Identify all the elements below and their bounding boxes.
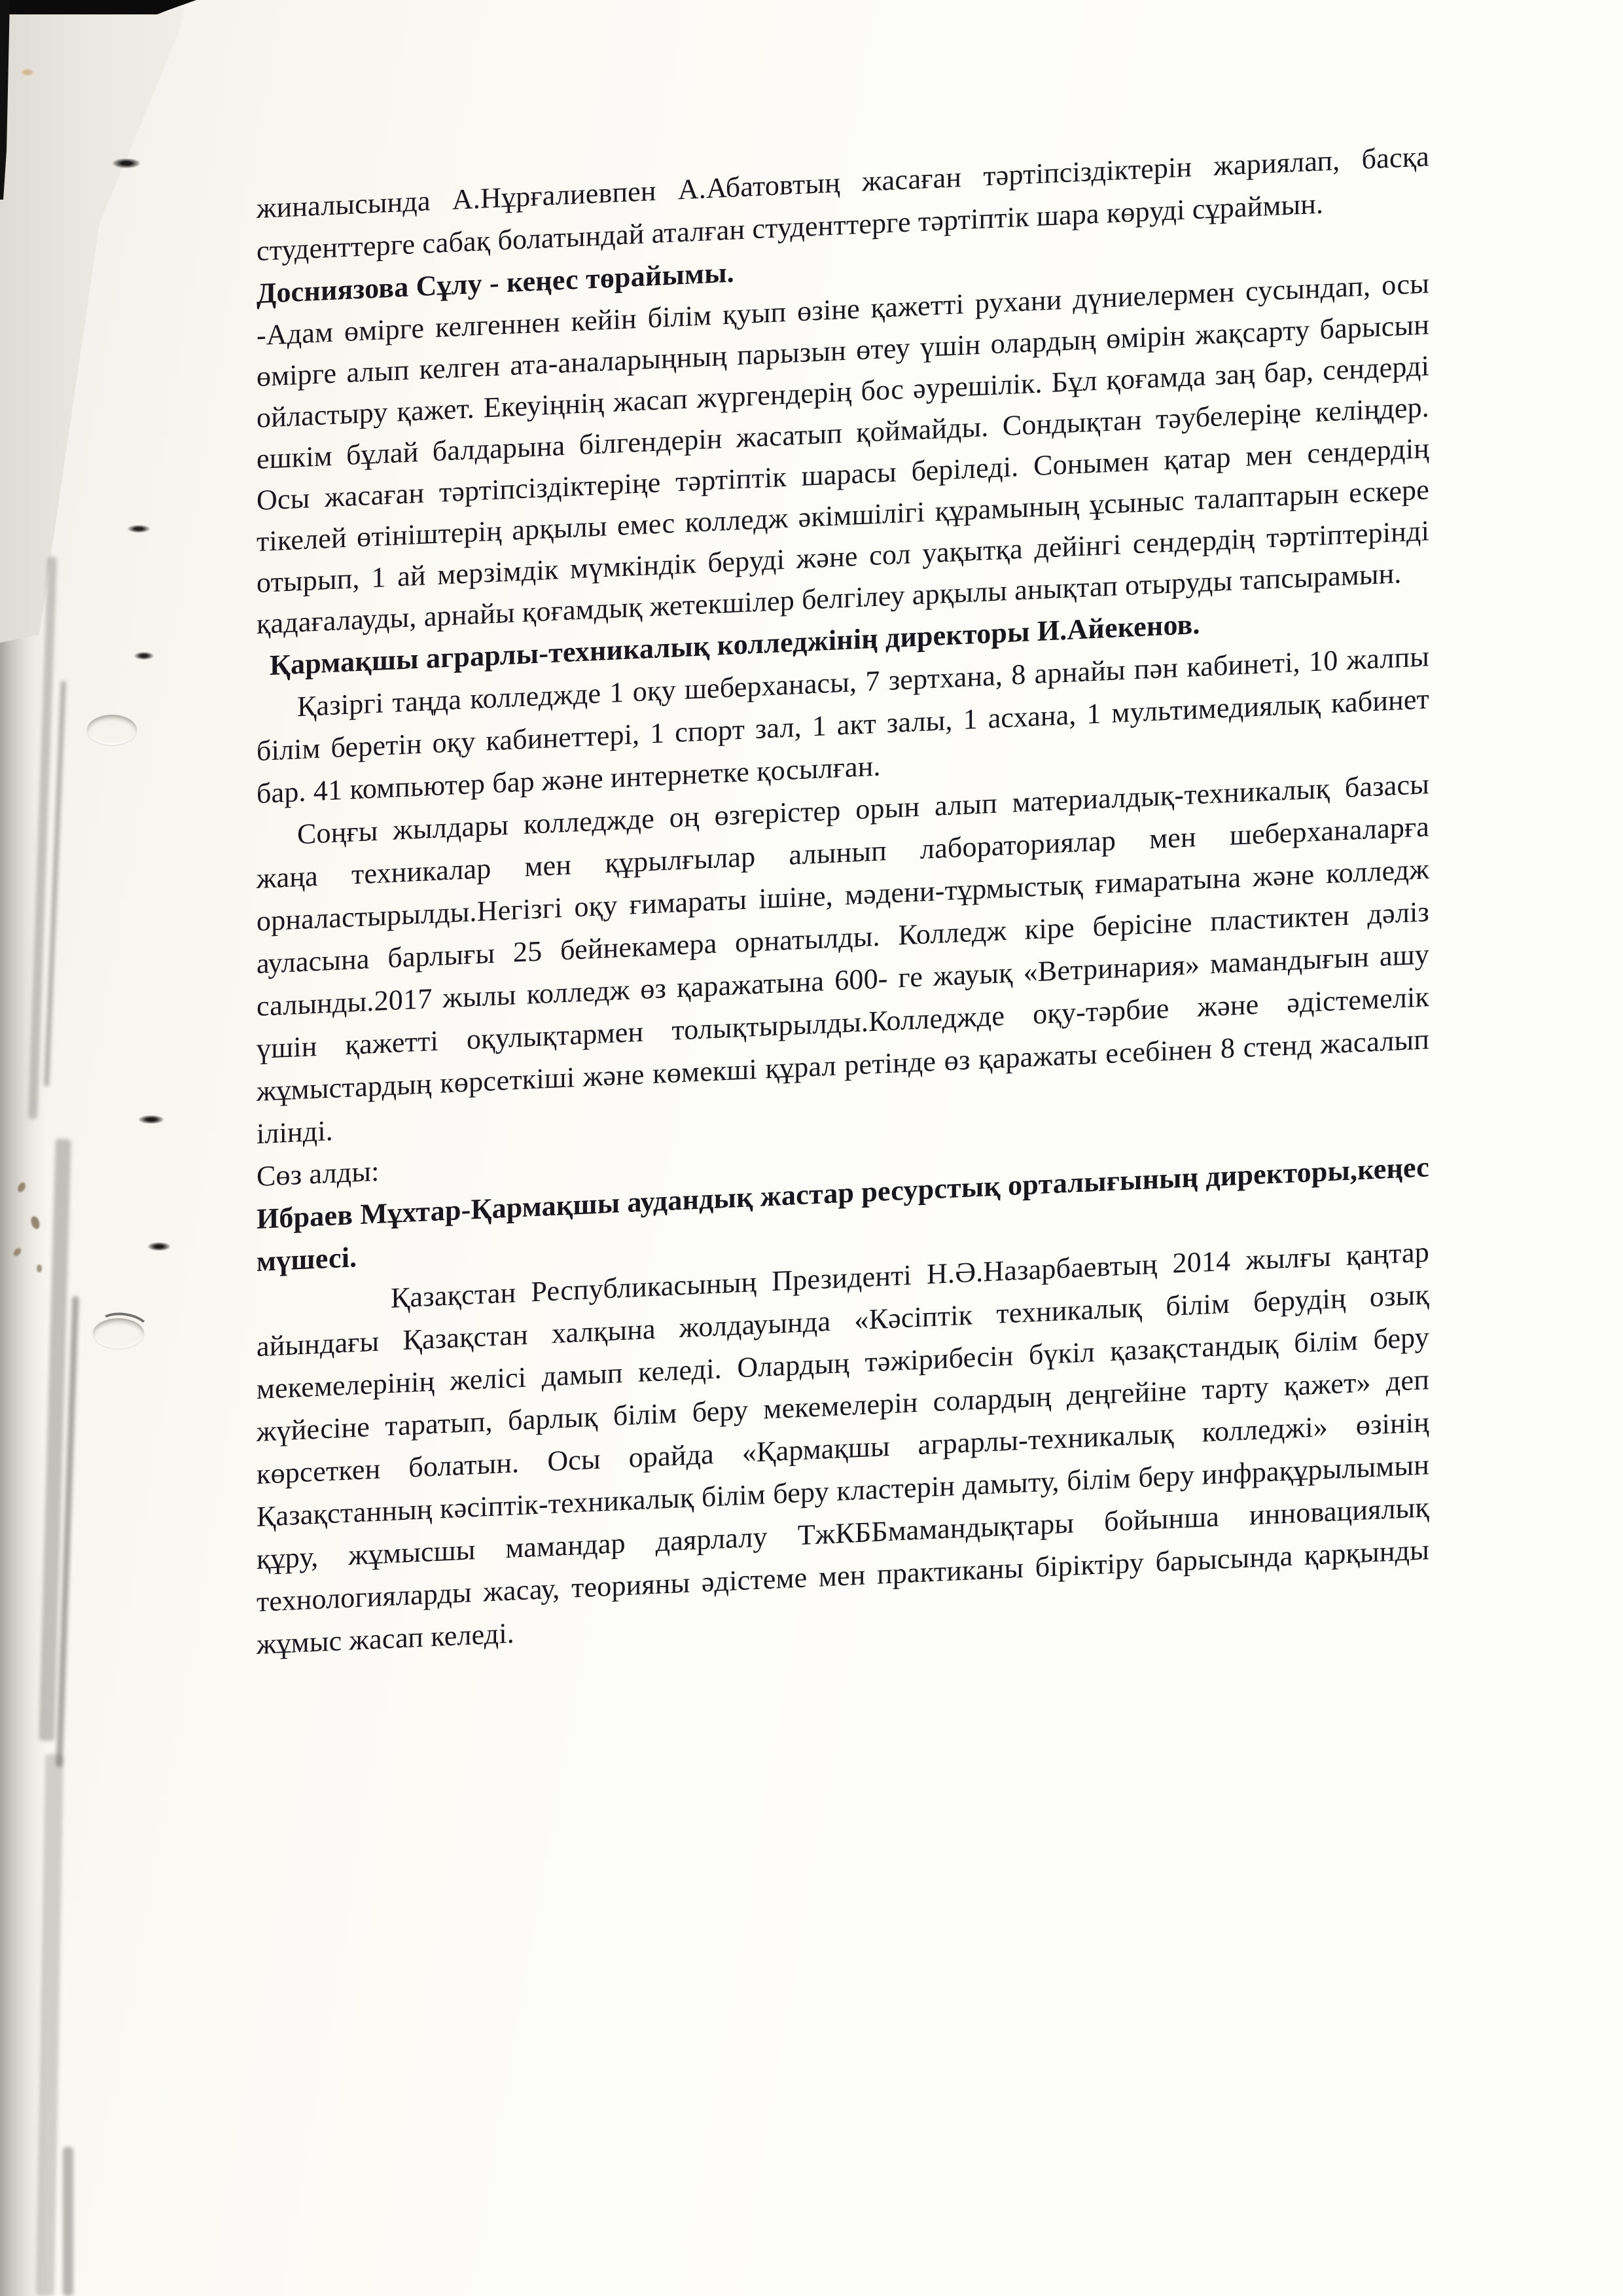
ink-speck — [148, 1242, 170, 1251]
ink-speck — [128, 525, 150, 533]
paragraph-speech-ibrayev: Қазақстан Республикасының Президенті Н.Ә… — [257, 1230, 1429, 1666]
document-text-block: жиналысында А.Нұрғалиевпен А.Абатовтың ж… — [257, 135, 1429, 1666]
paragraph-speech-dosniyazova: -Адам өмірге келгеннен кейін білім қуып … — [257, 262, 1429, 645]
scan-corner-shade — [0, 8, 196, 643]
dirt-speck — [37, 1265, 42, 1272]
paragraph-college-improvements: Соңғы жылдары колледжде оң өзгерістер ор… — [257, 762, 1429, 1155]
scan-smudge-streak — [63, 2147, 73, 2296]
ink-speck — [113, 158, 140, 168]
dirt-speck — [22, 69, 33, 75]
punch-hole — [87, 715, 137, 745]
scanned-document-page: жиналысында А.Нұрғалиевпен А.Абатовтың ж… — [0, 0, 1623, 2296]
ink-speck — [139, 1115, 164, 1124]
ink-speck — [134, 652, 154, 660]
